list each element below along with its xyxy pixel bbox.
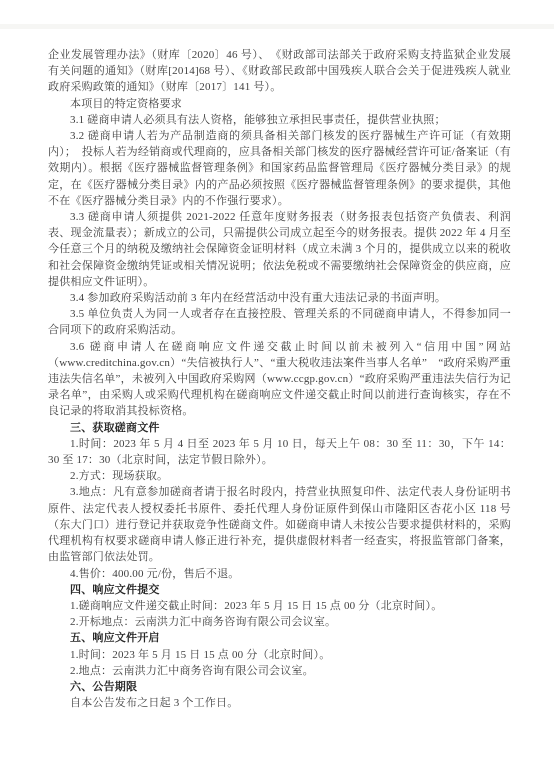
get-documents-price: 4.售价：400.00 元/份，售后不退。: [48, 566, 511, 582]
clause-3-2: 3.2 磋商申请人若为产品制造商的须具备相关部门核发的医疗器械生产许可证（有效期…: [48, 128, 511, 209]
announcement-period: 自本公告发布之日起 3 个工作日。: [48, 695, 511, 711]
submission-location: 2.开标地点：云南洪力汇中商务咨询有限公司会议室。: [48, 614, 511, 630]
clause-3-4: 3.4 参加政府采购活动前 3 年内在经营活动中没有重大违法记录的书面声明。: [48, 290, 511, 306]
heading-response-opening: 五、响应文件开启: [48, 630, 511, 646]
clause-3-1: 3.1 磋商申请人必须具有法人资格，能够独立承担民事责任，提供营业执照；: [48, 112, 511, 128]
paragraph-policy-refs: 企业发展管理办法》（财库〔2020〕46 号）、 《财政部司法部关于政府采购支持…: [48, 47, 511, 96]
heading-get-documents: 三、获取磋商文件: [48, 420, 511, 436]
paragraph-qualification-intro: 本项目的特定资格要求: [48, 96, 511, 112]
clause-3-3: 3.3 磋商申请人须提供 2021-2022 任意年度财务报表（财务报表包括资产…: [48, 209, 511, 290]
heading-announcement-period: 六、公告期限: [48, 679, 511, 695]
get-documents-location: 3.地点：凡有意参加磋商者请于报名时段内，持营业执照复印件、法定代表人身份证明书…: [48, 484, 511, 565]
opening-time: 1.时间：2023 年 5 月 15 日 15 点 00 分（北京时间）。: [48, 647, 511, 663]
get-documents-method: 2.方式：现场获取。: [48, 468, 511, 484]
document-page: 企业发展管理办法》（财库〔2020〕46 号）、 《财政部司法部关于政府采购支持…: [0, 0, 554, 780]
announcement-body: 企业发展管理办法》（财库〔2020〕46 号）、 《财政部司法部关于政府采购支持…: [48, 47, 511, 711]
submission-deadline: 1.磋商响应文件递交截止时间：2023 年 5 月 15 日 15 点 00 分…: [48, 598, 511, 614]
clause-3-6: 3.6 磋商申请人在磋商响应文件递交截止时间以前未被列入“信用中国”网站（www…: [48, 339, 511, 420]
clause-3-5: 3.5 单位负责人为同一人或者存在直接控股、管理关系的不同磋商申请人，不得参加同…: [48, 306, 511, 338]
scan-artifact-band: [0, 24, 554, 29]
opening-location: 2.地点：云南洪力汇中商务咨询有限公司会议室。: [48, 663, 511, 679]
heading-response-submission: 四、响应文件提交: [48, 582, 511, 598]
get-documents-time: 1.时间：2023 年 5 月 4 日至 2023 年 5 月 10 日，每天上…: [48, 436, 511, 468]
